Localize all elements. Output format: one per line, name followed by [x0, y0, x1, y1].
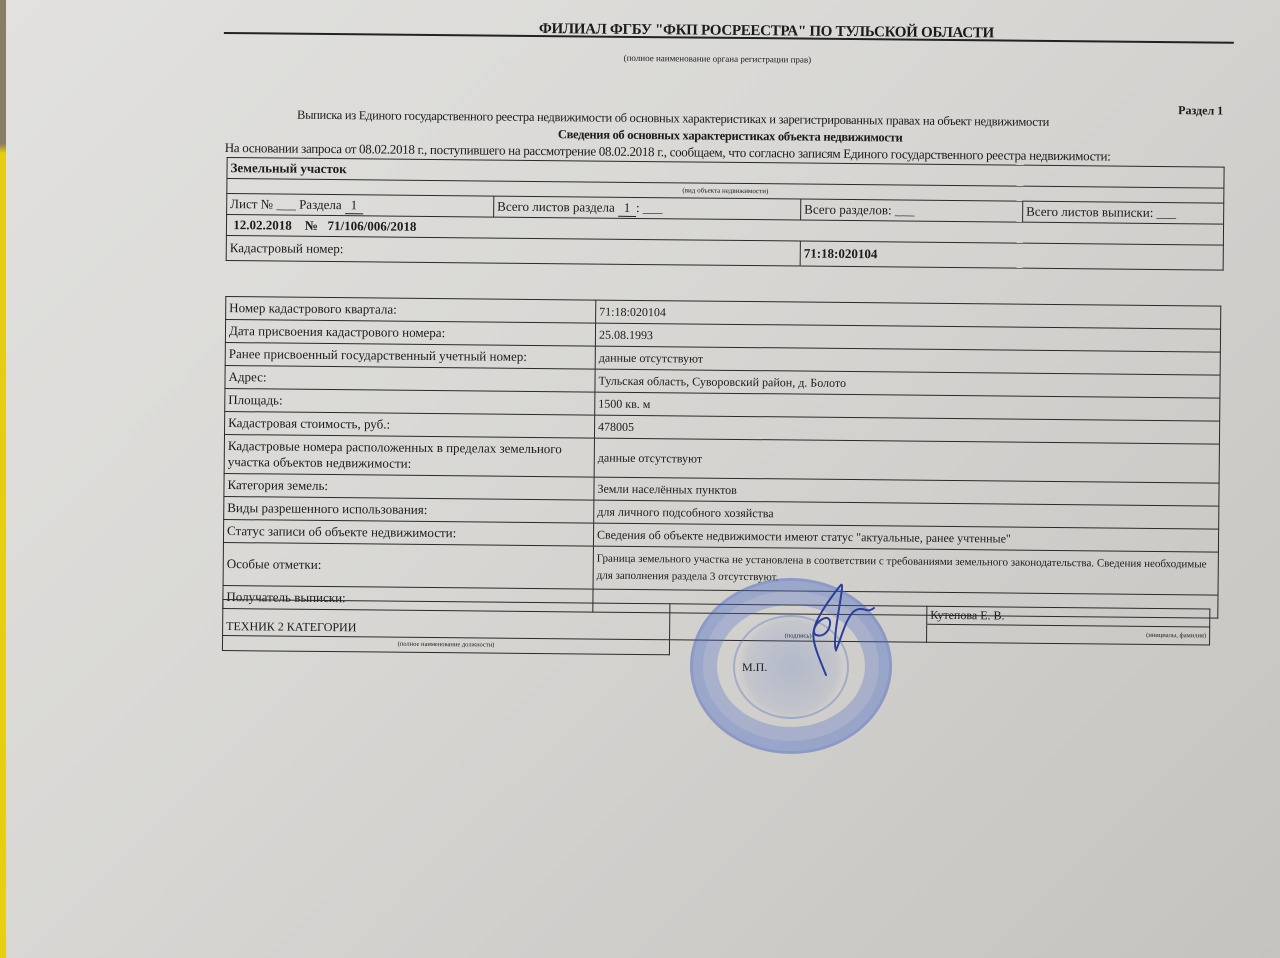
sheet-number: ___ — [276, 196, 296, 211]
details-table: Номер кадастрового квартала: 71:18:02010… — [222, 296, 1221, 619]
total-sheets-section-value: : ___ — [636, 199, 663, 214]
total-sections-cell: Всего разделов: ___ — [801, 199, 1023, 222]
total-sheets-value: ___ — [1157, 205, 1177, 220]
detail-value: Граница земельного участка не установлен… — [593, 546, 1218, 595]
number-sign: № — [305, 218, 318, 233]
total-sheets-section-number: 1 — [618, 199, 636, 216]
section-word: Раздела — [299, 196, 342, 211]
extract-number: 71/106/006/2018 — [328, 218, 417, 234]
total-sections-label: Всего разделов: — [804, 202, 892, 218]
detail-label: Особые отметки: — [223, 543, 593, 590]
detail-value: данные отсутствуют — [594, 438, 1219, 483]
section-label: Раздел 1 — [1178, 103, 1223, 118]
total-sheets-section-cell: Всего листов раздела 1: ___ — [494, 196, 801, 220]
cadastral-label: Кадастровый номер: — [226, 236, 800, 267]
detail-label: Кадастровые номера расположенных в преде… — [224, 435, 594, 478]
document-page: ФИЛИАЛ ФГБУ "ФКП РОСРЕЕСТРА" ПО ТУЛЬСКОЙ… — [6, 0, 1280, 958]
cadastral-value: 71:18:020104 — [800, 241, 1223, 270]
total-sheets-cell: Всего листов выписки: ___ — [1023, 201, 1224, 224]
position-caption: (полное наименование должности) — [222, 635, 669, 654]
section-number: 1 — [345, 197, 363, 214]
seal-label: М.П. — [742, 660, 767, 675]
total-sections-value: ___ — [895, 202, 915, 217]
sheet-number-cell: Лист № ___ Раздела 1 — [227, 194, 494, 218]
organization-caption: (полное наименование органа регистрации … — [624, 53, 812, 65]
extract-date: 12.02.2018 — [233, 217, 292, 233]
extract-title: Выписка из Единого государственного реес… — [297, 108, 1049, 130]
organization-name: ФИЛИАЛ ФГБУ "ФКП РОСРЕЕСТРА" ПО ТУЛЬСКОЙ… — [539, 21, 994, 42]
sheet-label: Лист № — [230, 196, 273, 211]
object-header-table: Земельный участок (вид объекта недвижимо… — [226, 157, 1225, 271]
total-sheets-section-label: Всего листов раздела — [497, 198, 615, 214]
signature-icon — [786, 580, 876, 680]
extract-sheet: ФИЛИАЛ ФГБУ "ФКП РОСРЕЕСТРА" ПО ТУЛЬСКОЙ… — [218, 18, 1234, 678]
total-sheets-label: Всего листов выписки: — [1026, 204, 1153, 220]
